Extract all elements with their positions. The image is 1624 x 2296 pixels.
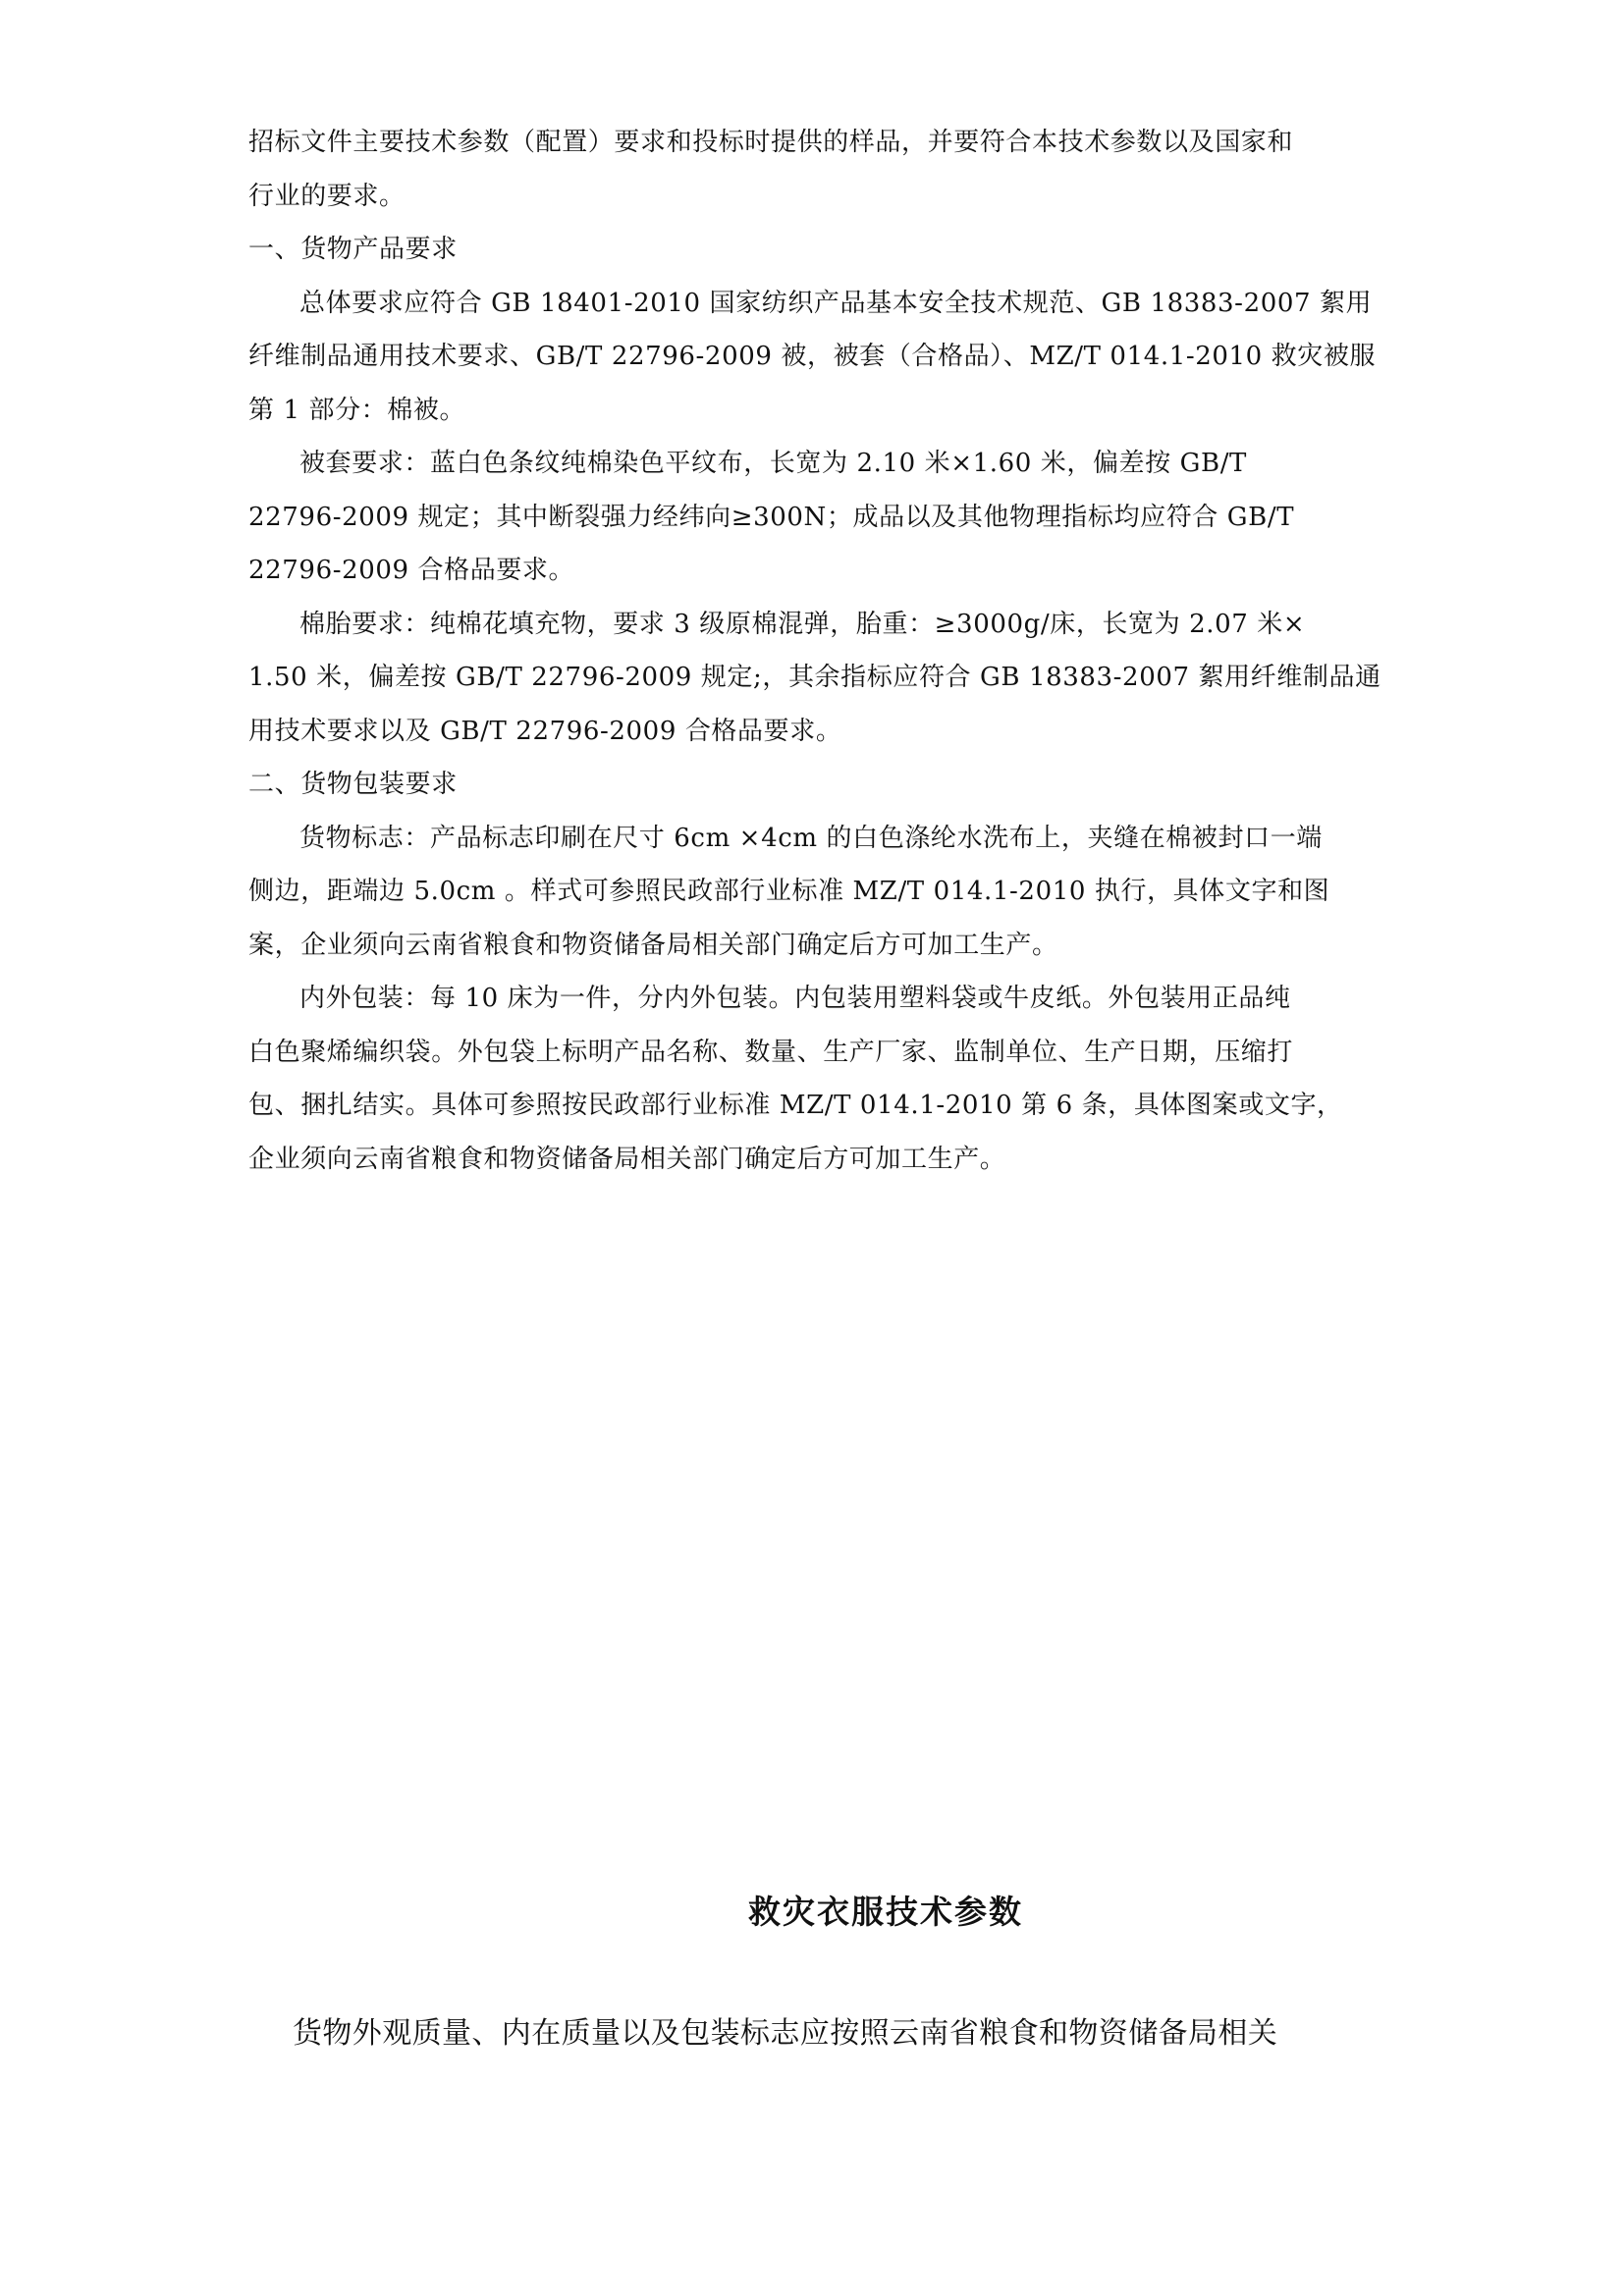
text-line: 22796-2009 合格品要求。 bbox=[248, 544, 1383, 598]
text-line: 1.50 米，偏差按 GB/T 22796-2009 规定;，其余指标应符合 G… bbox=[248, 651, 1383, 705]
text-line: 棉胎要求：纯棉花填充物，要求 3 级原棉混弹，胎重：≥3000g/床，长宽为 2… bbox=[248, 598, 1383, 652]
text-line: 22796-2009 规定；其中断裂强力经纬向≥300N；成品以及其他物理指标均… bbox=[248, 491, 1383, 545]
document-body: 招标文件主要技术参数（配置）要求和投标时提供的样品，并要符合本技术参数以及国家和… bbox=[248, 116, 1383, 1186]
section-heading-packaging-requirements: 二、货物包装要求 bbox=[248, 758, 1383, 812]
paragraph-quilt-cover-requirement: 被套要求：蓝白色条纹纯棉染色平纹布，长宽为 2.10 米×1.60 米，偏差按 … bbox=[248, 437, 1383, 598]
text-line: 被套要求：蓝白色条纹纯棉染色平纹布，长宽为 2.10 米×1.60 米，偏差按 … bbox=[248, 437, 1383, 491]
text-line: 总体要求应符合 GB 18401-2010 国家纺织产品基本安全技术规范、GB … bbox=[248, 277, 1383, 331]
paragraph-overall-requirement: 总体要求应符合 GB 18401-2010 国家纺织产品基本安全技术规范、GB … bbox=[248, 277, 1383, 438]
text-line: 案，企业须向云南省粮食和物资储备局相关部门确定后方可加工生产。 bbox=[248, 919, 1383, 973]
paragraph-goods-label: 货物标志：产品标志印刷在尺寸 6cm ×4cm 的白色涤纶水洗布上，夹缝在棉被封… bbox=[248, 812, 1383, 973]
paragraph-inner-outer-packaging: 内外包装：每 10 床为一件，分内外包装。内包装用塑料袋或牛皮纸。外包装用正品纯… bbox=[248, 972, 1383, 1186]
section-heading-product-requirements: 一、货物产品要求 bbox=[248, 223, 1383, 277]
text-line: 内外包装：每 10 床为一件，分内外包装。内包装用塑料袋或牛皮纸。外包装用正品纯 bbox=[248, 972, 1383, 1026]
text-line: 第 1 部分：棉被。 bbox=[248, 384, 1383, 438]
text-line: 用技术要求以及 GB/T 22796-2009 合格品要求。 bbox=[248, 705, 1383, 759]
text-line: 货物标志：产品标志印刷在尺寸 6cm ×4cm 的白色涤纶水洗布上，夹缝在棉被封… bbox=[248, 812, 1383, 866]
clothing-section-first-line: 货物外观质量、内在质量以及包装标志应按照云南省粮食和物资储备局相关 bbox=[293, 2014, 1392, 2054]
text-line: 包、捆扎结实。具体可参照按民政部行业标准 MZ/T 014.1-2010 第 6… bbox=[248, 1079, 1383, 1133]
text-line: 企业须向云南省粮食和物资储备局相关部门确定后方可加工生产。 bbox=[248, 1133, 1383, 1187]
text-line: 侧边，距端边 5.0cm 。样式可参照民政部行业标准 MZ/T 014.1-20… bbox=[248, 865, 1383, 919]
paragraph-cotton-batting-requirement: 棉胎要求：纯棉花填充物，要求 3 级原棉混弹，胎重：≥3000g/床，长宽为 2… bbox=[248, 598, 1383, 759]
clothing-section-title: 救灾衣服技术参数 bbox=[0, 1887, 1624, 1933]
text-line: 白色聚烯编织袋。外包袋上标明产品名称、数量、生产厂家、监制单位、生产日期，压缩打 bbox=[248, 1026, 1383, 1080]
text-line: 招标文件主要技术参数（配置）要求和投标时提供的样品，并要符合本技术参数以及国家和 bbox=[248, 116, 1383, 170]
text-line: 行业的要求。 bbox=[248, 170, 1383, 224]
intro-paragraph: 招标文件主要技术参数（配置）要求和投标时提供的样品，并要符合本技术参数以及国家和… bbox=[248, 116, 1383, 223]
text-line: 纤维制品通用技术要求、GB/T 22796-2009 被，被套（合格品）、MZ/… bbox=[248, 330, 1383, 384]
